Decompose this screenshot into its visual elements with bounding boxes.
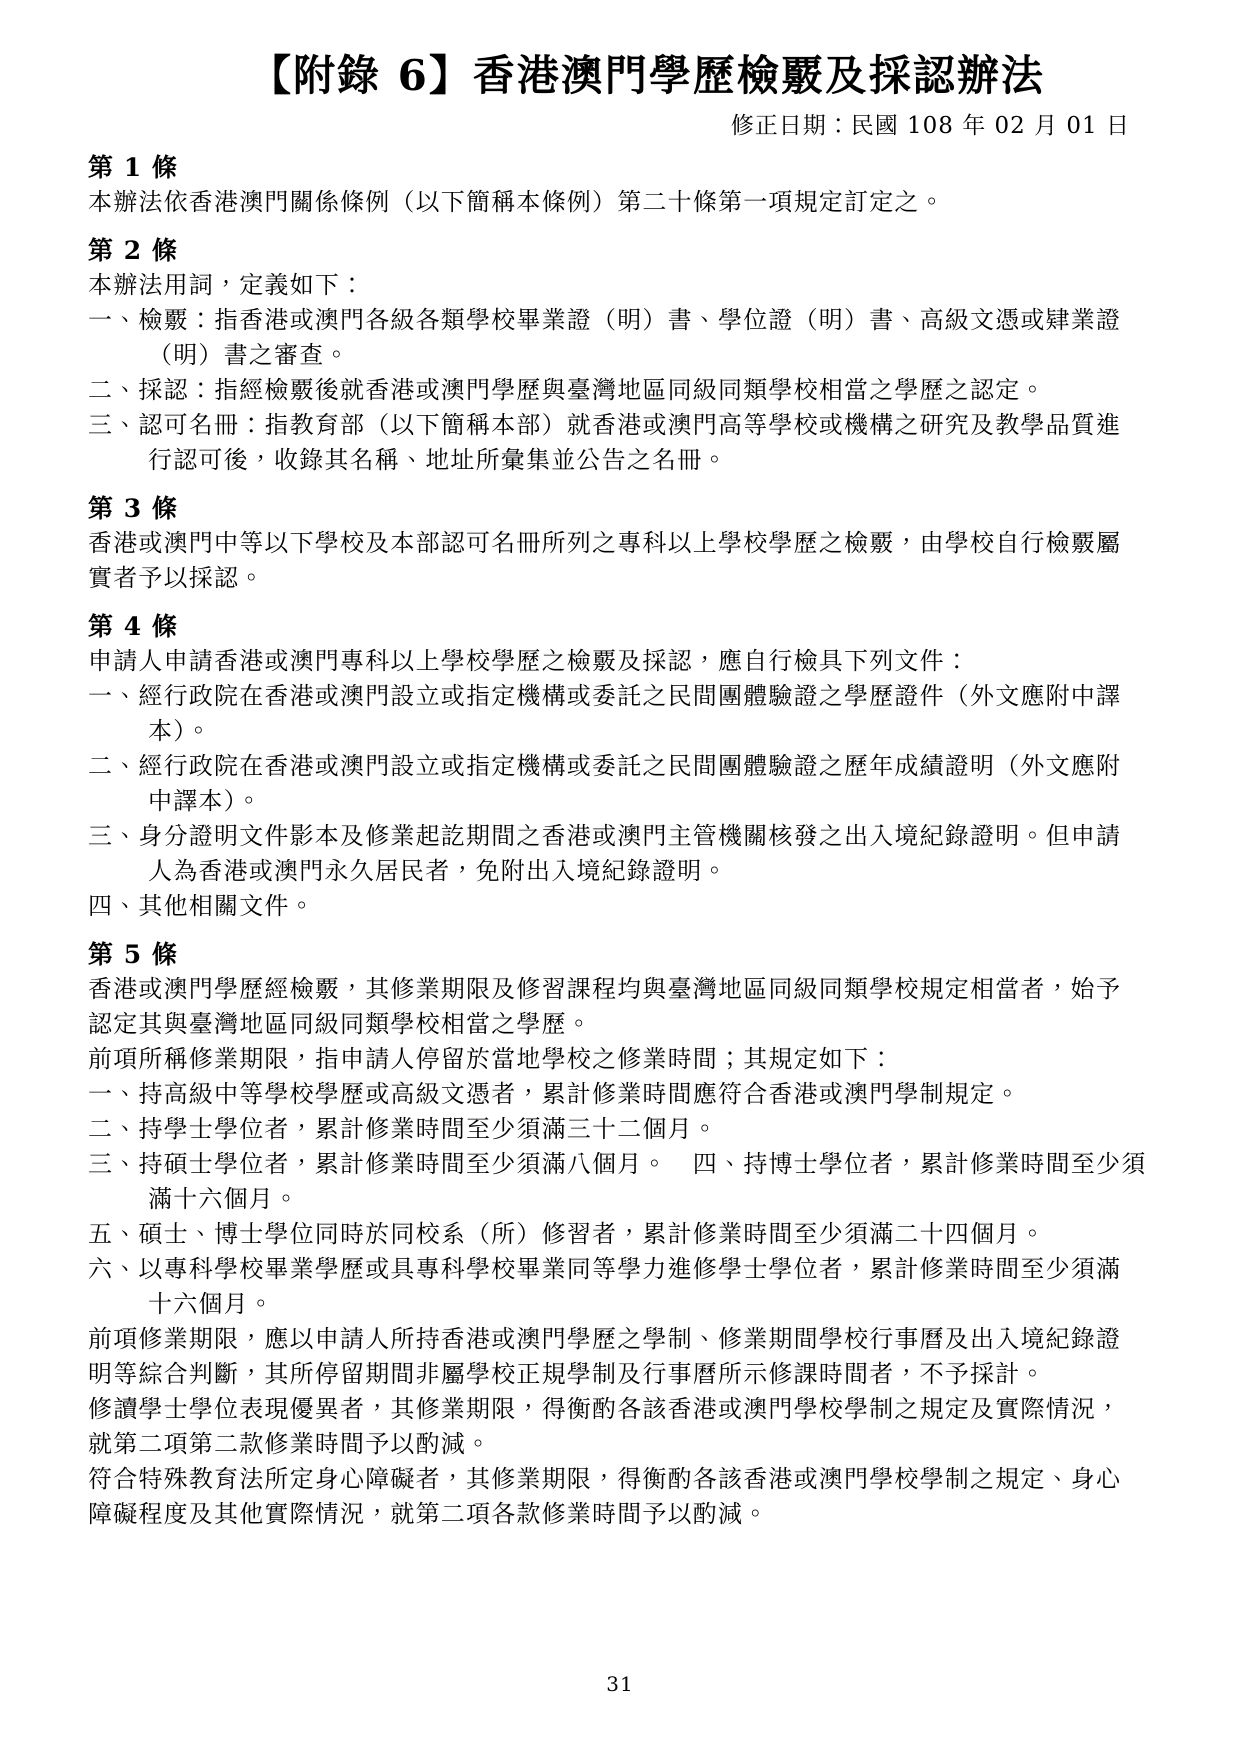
article-4: 第 4 條 申請人申請香港或澳門專科以上學校學歷之檢覈及採認，應自行檢具下列文件… <box>88 609 1130 924</box>
text-line: 中譯本）。 <box>88 784 1130 819</box>
text-line: 香港或澳門中等以下學校及本部認可名冊所列之專科以上學校學歷之檢覈，由學校自行檢覈… <box>88 526 1130 561</box>
text-line: （明）書之審查。 <box>88 338 1130 373</box>
article-5: 第 5 條 香港或澳門學歷經檢覈，其修業期限及修習課程均與臺灣地區同級同類學校規… <box>88 937 1130 1532</box>
text-line: 四、其他相關文件。 <box>88 889 1130 924</box>
text-line: 障礙程度及其他實際情況，就第二項各款修業時間予以酌減。 <box>88 1497 1130 1532</box>
text-line: 三、持碩士學位者，累計修業時間至少須滿八個月。 四、持博士學位者，累計修業時間至… <box>88 1147 1130 1182</box>
text-line: 香港或澳門學歷經檢覈，其修業期限及修習課程均與臺灣地區同級同類學校規定相當者，始… <box>88 972 1130 1007</box>
text-line: 滿十六個月。 <box>88 1182 1130 1217</box>
document-page: 【附錄 6】香港澳門學歷檢覈及採認辦法 修正日期：民國 108 年 02 月 0… <box>0 0 1240 1753</box>
article-5-heading: 第 5 條 <box>88 937 1130 972</box>
text-line: 五、碩士、博士學位同時於同校系（所）修習者，累計修業時間至少須滿二十四個月。 <box>88 1217 1130 1252</box>
revision-date: 修正日期：民國 108 年 02 月 01 日 <box>88 109 1130 144</box>
text-line: 本辦法用詞，定義如下： <box>88 268 1130 303</box>
article-2-heading: 第 2 條 <box>88 233 1130 268</box>
text-line: 三、身分證明文件影本及修業起訖期間之香港或澳門主管機關核發之出入境紀錄證明。但申… <box>88 819 1130 854</box>
article-2: 第 2 條 本辦法用詞，定義如下： 一、檢覈：指香港或澳門各級各類學校畢業證（明… <box>88 233 1130 478</box>
text-line: 行認可後，收錄其名稱、地址所彙集並公告之名冊。 <box>88 443 1130 478</box>
article-3: 第 3 條 香港或澳門中等以下學校及本部認可名冊所列之專科以上學校學歷之檢覈，由… <box>88 491 1130 596</box>
text-line: 十六個月。 <box>88 1287 1130 1322</box>
text-line: 明等綜合判斷，其所停留期間非屬學校正規學制及行事曆所示修課時間者，不予採計。 <box>88 1357 1130 1392</box>
text-line: 一、檢覈：指香港或澳門各級各類學校畢業證（明）書、學位證（明）書、高級文憑或肄業… <box>88 303 1130 338</box>
text-line: 二、經行政院在香港或澳門設立或指定機構或委託之民間團體驗證之歷年成績證明（外文應… <box>88 749 1130 784</box>
page-title: 【附錄 6】香港澳門學歷檢覈及採認辦法 <box>126 50 1168 103</box>
text-line: 二、持學士學位者，累計修業時間至少須滿三十二個月。 <box>88 1112 1130 1147</box>
text-line: 認定其與臺灣地區同級同類學校相當之學歷。 <box>88 1007 1130 1042</box>
text-line: 修讀學士學位表現優異者，其修業期限，得衡酌各該香港或澳門學校學制之規定及實際情況… <box>88 1392 1130 1427</box>
text-line: 申請人申請香港或澳門專科以上學校學歷之檢覈及採認，應自行檢具下列文件： <box>88 644 1130 679</box>
page-number: 31 <box>0 1672 1240 1696</box>
text-line: 符合特殊教育法所定身心障礙者，其修業期限，得衡酌各該香港或澳門學校學制之規定、身… <box>88 1462 1130 1497</box>
text-line: 本）。 <box>88 714 1130 749</box>
text-line: 就第二項第二款修業時間予以酌減。 <box>88 1427 1130 1462</box>
text-line: 一、經行政院在香港或澳門設立或指定機構或委託之民間團體驗證之學歷證件（外文應附中… <box>88 679 1130 714</box>
text-line: 本辦法依香港澳門關係條例（以下簡稱本條例）第二十條第一項規定訂定之。 <box>88 185 1130 220</box>
text-line: 二、採認：指經檢覈後就香港或澳門學歷與臺灣地區同級同類學校相當之學歷之認定。 <box>88 373 1130 408</box>
text-line: 實者予以採認。 <box>88 561 1130 596</box>
text-line: 人為香港或澳門永久居民者，免附出入境紀錄證明。 <box>88 854 1130 889</box>
article-3-heading: 第 3 條 <box>88 491 1130 526</box>
text-line: 一、持高級中等學校學歷或高級文憑者，累計修業時間應符合香港或澳門學制規定。 <box>88 1077 1130 1112</box>
article-4-heading: 第 4 條 <box>88 609 1130 644</box>
text-line: 前項所稱修業期限，指申請人停留於當地學校之修業時間；其規定如下： <box>88 1042 1130 1077</box>
text-line: 前項修業期限，應以申請人所持香港或澳門學歷之學制、修業期間學校行事曆及出入境紀錄… <box>88 1322 1130 1357</box>
article-1: 第 1 條 本辦法依香港澳門關係條例（以下簡稱本條例）第二十條第一項規定訂定之。 <box>88 150 1130 220</box>
text-line: 三、認可名冊：指教育部（以下簡稱本部）就香港或澳門高等學校或機構之研究及教學品質… <box>88 408 1130 443</box>
text-line: 六、以專科學校畢業學歷或具專科學校畢業同等學力進修學士學位者，累計修業時間至少須… <box>88 1252 1130 1287</box>
article-1-heading: 第 1 條 <box>88 150 1130 185</box>
